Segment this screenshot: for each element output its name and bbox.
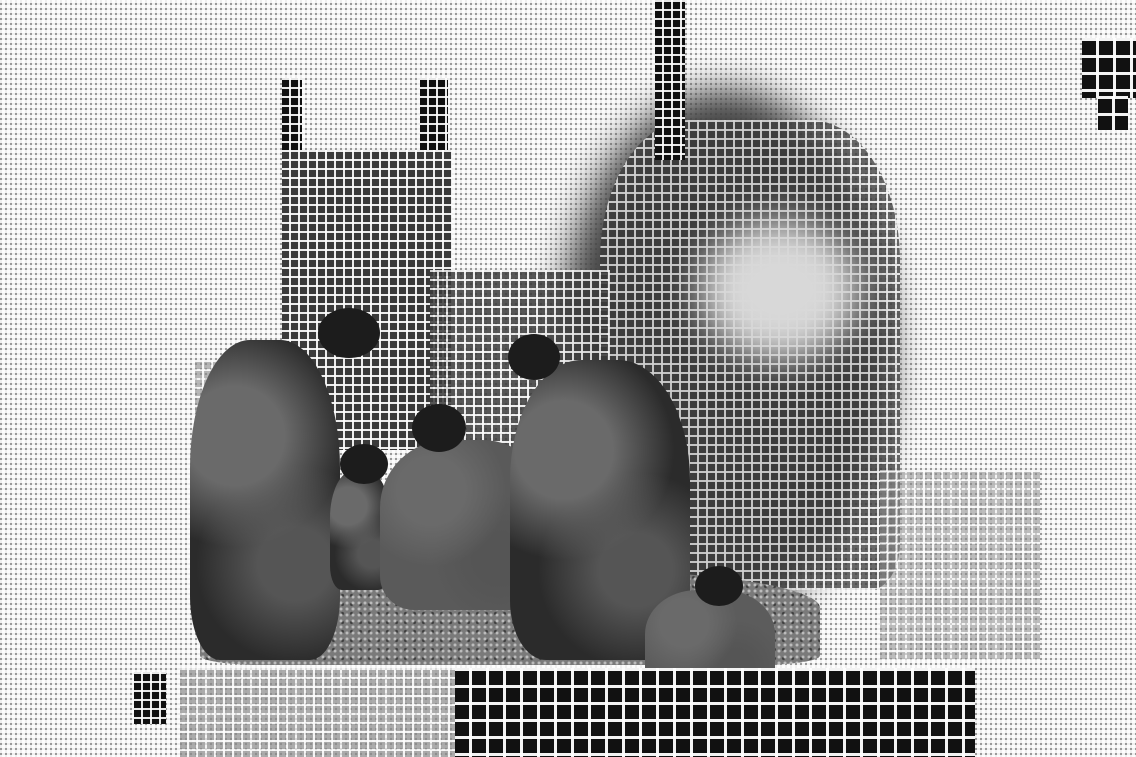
- mosaic-column: [655, 0, 685, 160]
- worker-bottom-head: [695, 566, 743, 606]
- photomontage-canvas: [0, 0, 1136, 757]
- worker-right-head: [508, 334, 560, 380]
- child-head: [340, 444, 388, 484]
- mosaic-corner-block: [1082, 38, 1136, 98]
- worker-standing-left: [190, 340, 340, 660]
- worker-center-head: [412, 404, 466, 452]
- mosaic-right-fade: [880, 470, 1040, 660]
- mosaic-tower-left: [282, 78, 302, 158]
- mosaic-bottom-band-light: [180, 668, 460, 757]
- mosaic-bottom-left-block: [134, 672, 166, 724]
- worker-left-head: [318, 308, 380, 358]
- mosaic-bottom-band-dark: [455, 668, 975, 757]
- blurred-figure-highlight: [700, 220, 860, 360]
- mosaic-corner-block-lower: [1098, 96, 1128, 130]
